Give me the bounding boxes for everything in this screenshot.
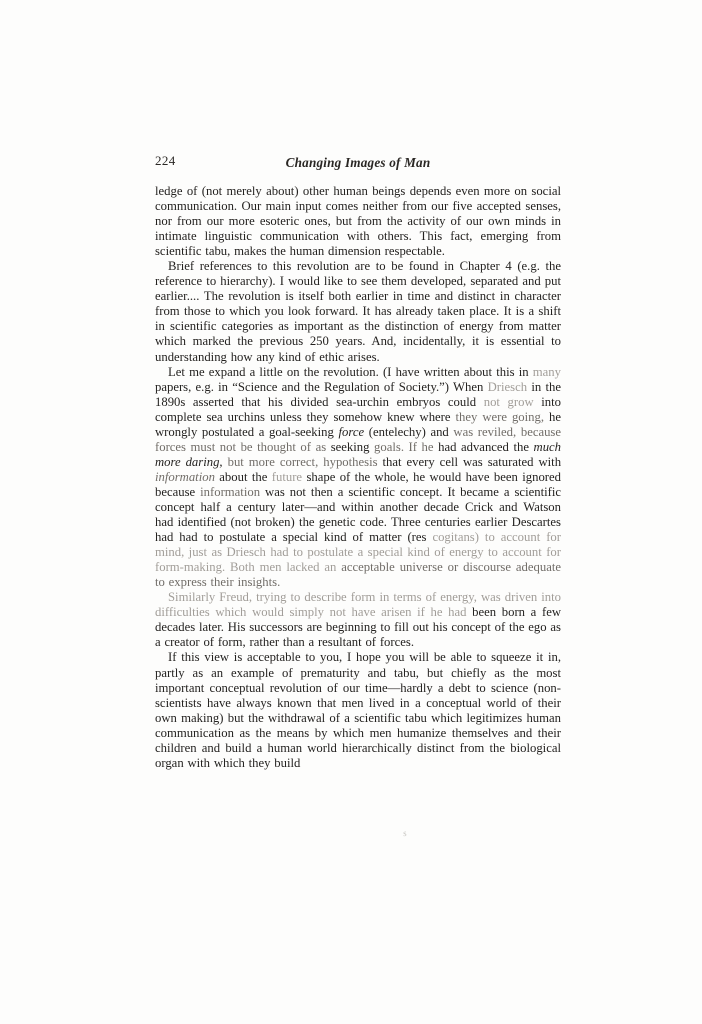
text-segment: goals. If he [374,440,434,454]
text-segment: information [200,485,260,499]
text-segment: hypothesis [323,455,377,469]
paragraph: Similarly Freud, trying to describe form… [155,590,561,650]
text-segment: ledge of (not merely about) other human … [155,184,561,258]
page-body: ledge of (not merely about) other human … [155,184,561,771]
text-segment: but more correct, [228,455,319,469]
paragraph: Brief references to this revolution are … [155,259,561,364]
paragraph: ledge of (not merely about) other human … [155,184,561,259]
text-segment: (entelechy) and [364,425,453,439]
text-segment: force [338,425,364,439]
text-segment: seeking [326,440,374,454]
paragraph: Let me expand a little on the revolution… [155,365,561,591]
text-segment: had advanced the [434,440,534,454]
text-segment: Let me expand a little on the revolution… [168,365,533,379]
running-head: Changing Images of Man [155,155,561,171]
text-segment: information [155,470,215,484]
text-segment: papers, e.g. in “Science and the Regulat… [155,380,488,394]
text-segment: Driesch [488,380,527,394]
text-segment: many [533,365,561,379]
text-segment: they were going, [456,410,545,424]
text-segment: that every cell was saturated with [378,455,562,469]
book-page: 224 Changing Images of Man ledge of (not… [0,0,702,1024]
text-segment: not grow [484,395,534,409]
paragraph: If this view is acceptable to you, I hop… [155,650,561,770]
print-artifact: s [402,828,407,838]
text-segment: If this view is acceptable to you, I hop… [155,650,561,769]
text-segment: about the [215,470,272,484]
text-segment: future [272,470,302,484]
text-segment: Brief references to this revolution are … [155,259,561,363]
